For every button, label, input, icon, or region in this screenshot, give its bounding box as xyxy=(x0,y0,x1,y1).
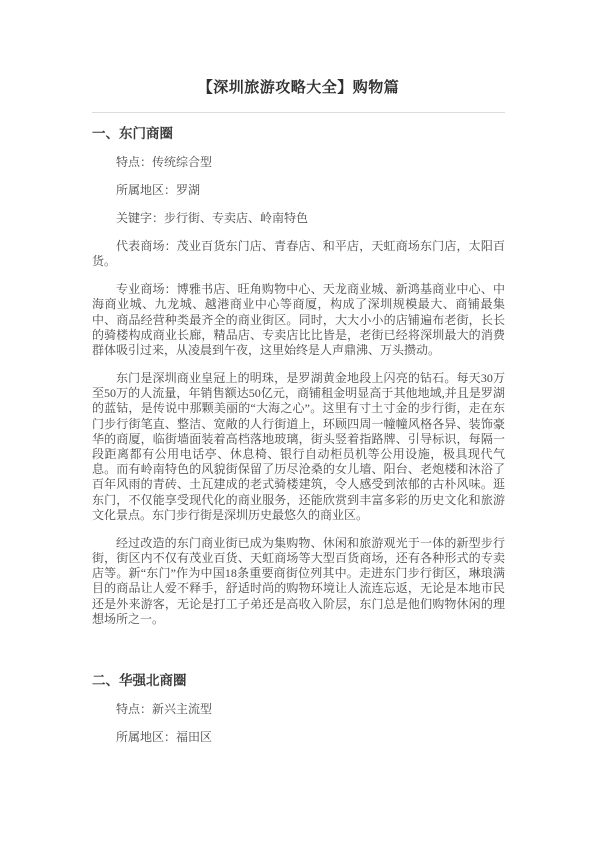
section-huaqiangbei: 二、华强北商圈 特点：新兴主流型 所属地区：福田区 xyxy=(92,672,505,745)
paragraph-district: 所属地区：福田区 xyxy=(92,730,505,745)
paragraph-dongmen-description: 东门是深圳商业皇冠上的明珠，是罗湖黄金地段上闪亮的钻石。每天30万至50万的人流… xyxy=(92,371,505,523)
paragraph-keywords: 关键字：步行街、专卖店、岭南特色 xyxy=(92,211,505,226)
section-heading-huaqiangbei: 二、华强北商圈 xyxy=(92,672,505,690)
document-title: 【深圳旅游攻略大全】购物篇 xyxy=(92,77,505,99)
paragraph-representative-malls: 代表商场：茂业百货东门店、青春店、和平店，天虹商场东门店，太阳百货。 xyxy=(92,239,505,269)
section-heading-dongmen: 一、东门商圈 xyxy=(92,125,505,143)
title-divider xyxy=(92,112,505,113)
paragraph-district: 所属地区：罗湖 xyxy=(92,183,505,198)
paragraph-features: 特点：传统综合型 xyxy=(92,155,505,170)
section-dongmen: 一、东门商圈 特点：传统综合型 所属地区：罗湖 关键字：步行街、专卖店、岭南特色… xyxy=(92,125,505,627)
document-page: 【深圳旅游攻略大全】购物篇 一、东门商圈 特点：传统综合型 所属地区：罗湖 关键… xyxy=(0,0,595,842)
paragraph-dongmen-renovation: 经过改造的东门商业街已成为集购物、休闲和旅游观光于一体的新型步行街，街区内不仅有… xyxy=(92,536,505,627)
paragraph-specialty-malls: 专业商场：博雅书店、旺角购物中心、天龙商业城、新鸿基商业中心、中海商业城、九龙城… xyxy=(92,282,505,358)
paragraph-features: 特点：新兴主流型 xyxy=(92,702,505,717)
